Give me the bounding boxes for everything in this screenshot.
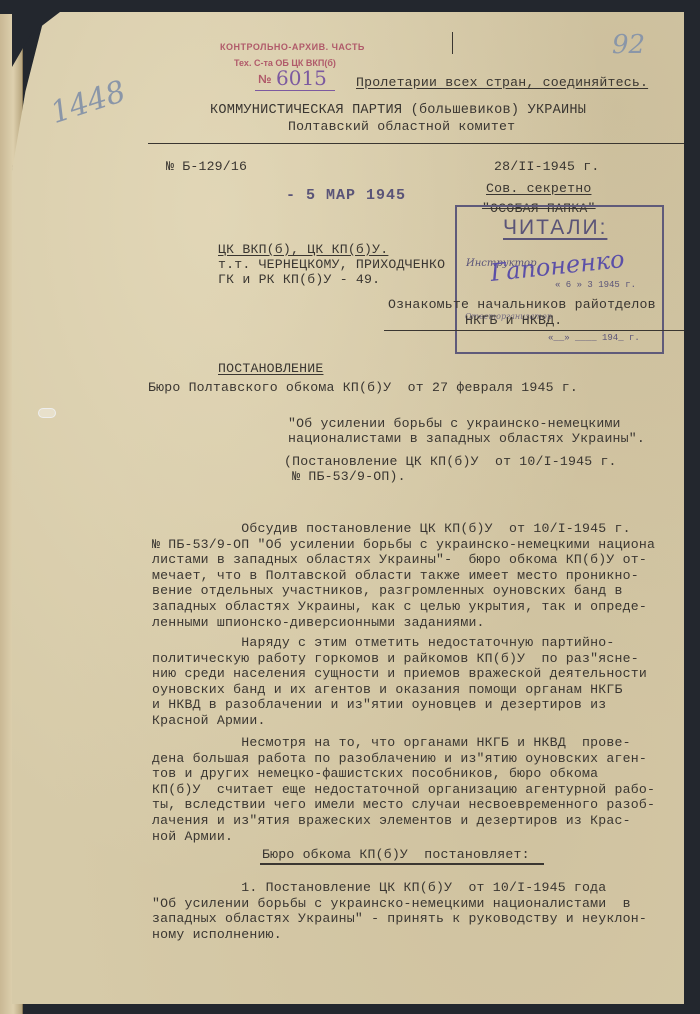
paragraph-line: западных областях Украины, как с целью у…	[152, 599, 682, 615]
paragraph-line: политическую работу горкомов и райкомов …	[152, 651, 682, 667]
document-number: № Б-129/16	[166, 160, 247, 173]
paragraph-line: ленными шпионско-диверсионными заданиями…	[152, 615, 682, 631]
paragraph-line: мечает, что в Полтавской области также и…	[152, 568, 682, 584]
decides-underline	[260, 863, 544, 865]
instruction-line1: Ознакомьте начальников райотделов	[388, 298, 656, 311]
resolution-ref-line2: № ПБ-53/9-ОП).	[284, 470, 406, 483]
document-date: 28/II-1945 г.	[494, 160, 599, 173]
resolution-subtitle: Бюро Полтавского обкома КП(б)У от 27 фев…	[148, 381, 578, 394]
margin-tick	[452, 32, 453, 54]
resolution-topic-line2: националистами в западных областях Украи…	[288, 432, 645, 445]
paragraph-line: нию среди населения сущности и приемов в…	[152, 666, 682, 682]
recipients-line2: т.т. ЧЕРНЕЦКОМУ, ПРИХОДЧЕНКО	[218, 258, 445, 271]
archive-stamp-line1: КОНТРОЛЬНО-АРХИВ. ЧАСТЬ	[220, 42, 365, 52]
resolution-topic-line1: "Об усилении борьбы с украинско-немецким…	[288, 417, 621, 430]
paragraph-line: Красной Армии.	[152, 713, 682, 729]
paragraph-line: и НКВД в разоблачении и из"ятии оуновцев…	[152, 697, 682, 713]
committee-name: Полтавский областной комитет	[288, 120, 515, 133]
paragraph-line: Несмотря на то, что органами НКГБ и НКВД…	[152, 735, 682, 751]
instruction-line2: НКГБ и НКВД.	[465, 314, 562, 327]
paragraph-line: оуновских банд и их агентов и оказания п…	[152, 682, 682, 698]
paragraph-line: лачения и из"ятия вражеских элементов и …	[152, 813, 682, 829]
item-line: ному исполнению.	[152, 927, 682, 943]
item-line: 1. Постановление ЦК КП(б)У от 10/I-1945 …	[152, 880, 682, 896]
archive-number-label: №	[258, 72, 271, 86]
party-name: КОММУНИСТИЧЕСКАЯ ПАРТИЯ (большевиков) УК…	[210, 104, 586, 118]
paragraph-line: листами в западных областях Украины"- бю…	[152, 552, 682, 568]
resolution-ref-line1: (Постановление ЦК КП(б)У от 10/I-1945 г.	[284, 455, 617, 468]
item-line: "Об усилении борьбы с украинско-немецким…	[152, 896, 682, 912]
received-date-stamp: - 5 МАР 1945	[286, 187, 406, 204]
paragraph-2: Наряду с этим отметить недостаточную пар…	[152, 635, 682, 729]
recipients-line3: ГК и РК КП(б)У - 49.	[218, 273, 380, 286]
archive-number: 6015	[276, 66, 327, 90]
page-number: 92	[612, 30, 645, 60]
slogan: Пролетарии всех стран, соединяйтесь.	[356, 76, 648, 89]
paragraph-line: Наряду с этим отметить недостаточную пар…	[152, 635, 682, 651]
paragraph-line: КП(б)У считает еще недостаточной организ…	[152, 782, 682, 798]
recipients-line1: ЦК ВКП(б), ЦК КП(б)У.	[218, 243, 388, 256]
classification: Сов. секретно	[486, 182, 591, 195]
paragraph-line: вение отдельных участников, разгромленны…	[152, 583, 682, 599]
paragraph-line: ты, вследствии чего имели место случаи н…	[152, 797, 682, 813]
resolution-title: ПОСТАНОВЛЕНИЕ	[218, 362, 323, 375]
paragraph-line: № ПБ-53/9-ОП "Об усилении борьбы с украи…	[152, 537, 682, 553]
decides-heading: Бюро обкома КП(б)У постановляет:	[262, 848, 530, 861]
read-stamp-date-blank: «__» ____ 194_ г.	[548, 333, 640, 343]
paragraph-3: Несмотря на то, что органами НКГБ и НКВД…	[152, 735, 682, 844]
archive-number-underline	[255, 90, 335, 91]
paragraph-line: ной Армии.	[152, 829, 682, 845]
paragraph-line: тов и других немецко-фашистских пособник…	[152, 766, 682, 782]
paper-defect	[38, 408, 56, 418]
paragraph-line: Обсудив постановление ЦК КП(б)У от 10/I-…	[152, 521, 682, 537]
read-stamp-date: « 6 » 3 1945 г.	[555, 280, 636, 290]
paragraph-line: дена большая работа по разоблачению и из…	[152, 751, 682, 767]
item-line: западных областях Украины" - принять к р…	[152, 911, 682, 927]
recipients-rule	[384, 330, 684, 331]
paragraph-1: Обсудив постановление ЦК КП(б)У от 10/I-…	[152, 521, 682, 630]
read-stamp-title: ЧИТАЛИ:	[503, 216, 607, 240]
header-rule	[148, 143, 684, 144]
item-1: 1. Постановление ЦК КП(б)У от 10/I-1945 …	[152, 880, 682, 942]
